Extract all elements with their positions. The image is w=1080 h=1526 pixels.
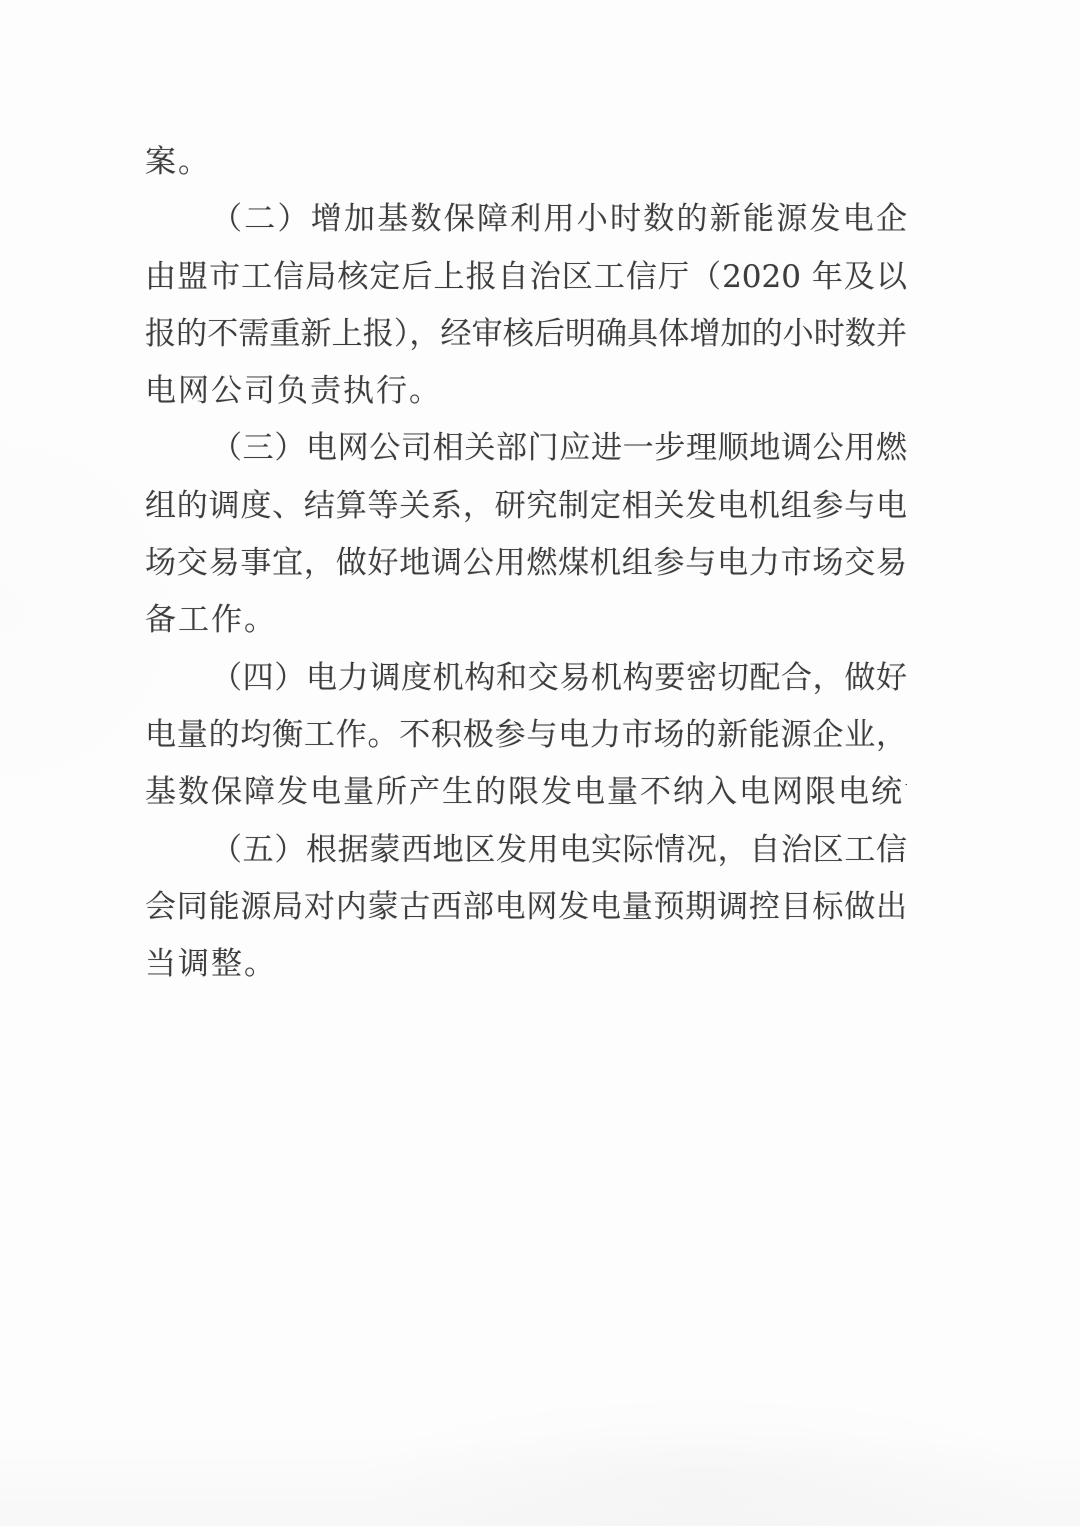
text-line: 组的调度、结算等关系，研究制定相关发电机组参与电力市: [145, 478, 907, 535]
text-line: 场交易事宜，做好地调公用燃煤机组参与电力市场交易的准: [145, 535, 907, 592]
paragraph-item-5: （五）根据蒙西地区发用电实际情况，自治区工信厅将 会同能源局对内蒙古西部电网发电…: [145, 822, 907, 994]
paragraph-item-2: （二）增加基数保障利用小时数的新能源发电企业，需 由盟市工信局核定后上报自治区工…: [145, 191, 907, 420]
text-line: 案。: [145, 134, 907, 191]
paragraph-continuation: 案。: [145, 134, 907, 191]
text-line: （四）电力调度机构和交易机构要密切配合，做好基数: [145, 650, 907, 707]
text-line: （三）电网公司相关部门应进一步理顺地调公用燃煤机: [145, 420, 907, 477]
text-line: 备工作。: [145, 592, 907, 649]
text-line: 基数保障发电量所产生的限发电量不纳入电网限电统计。: [145, 764, 907, 821]
text-line: （五）根据蒙西地区发用电实际情况，自治区工信厅将: [145, 822, 907, 879]
document-page: 案。 （二）增加基数保障利用小时数的新能源发电企业，需 由盟市工信局核定后上报自…: [0, 0, 1080, 1526]
paragraph-item-3: （三）电网公司相关部门应进一步理顺地调公用燃煤机 组的调度、结算等关系，研究制定…: [145, 420, 907, 649]
text-line: 当调整。: [145, 936, 907, 993]
text-line: 电网公司负责执行。: [145, 363, 907, 420]
text-line: 电量的均衡工作。不积极参与电力市场的新能源企业，超出: [145, 707, 907, 764]
paragraph-item-4: （四）电力调度机构和交易机构要密切配合，做好基数 电量的均衡工作。不积极参与电力…: [145, 650, 907, 822]
text-line: （二）增加基数保障利用小时数的新能源发电企业，需: [145, 191, 907, 248]
document-text-block: 案。 （二）增加基数保障利用小时数的新能源发电企业，需 由盟市工信局核定后上报自…: [145, 134, 907, 993]
text-line: 会同能源局对内蒙古西部电网发电量预期调控目标做出适: [145, 879, 907, 936]
text-line: 报的不需重新上报），经审核后明确具体增加的小时数并由: [145, 306, 907, 363]
text-line: 由盟市工信局核定后上报自治区工信厅（2020 年及以前已上: [145, 249, 907, 306]
